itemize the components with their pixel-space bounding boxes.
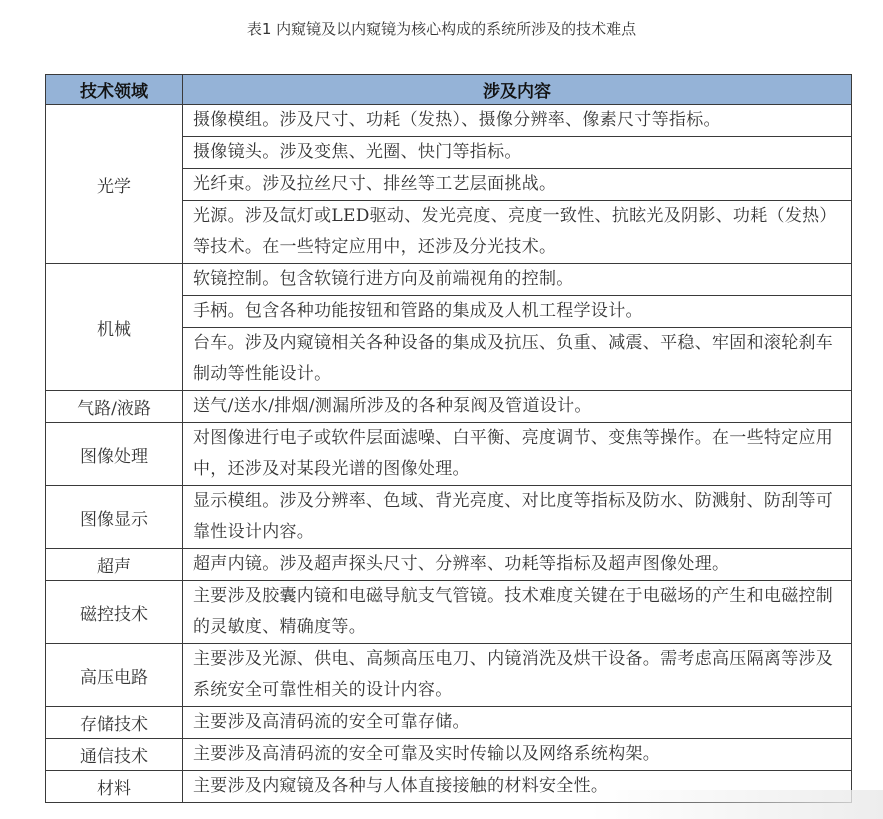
content-cell: 主要涉及高清码流的安全可靠存储。: [183, 707, 852, 739]
table-row: 光学 摄像模组。涉及尺寸、功耗（发热）、摄像分辨率、像素尺寸等指标。: [46, 105, 852, 137]
category-cell: 图像处理: [46, 423, 183, 486]
category-cell: 材料: [46, 771, 183, 803]
category-cell: 磁控技术: [46, 581, 183, 644]
content-cell: 台车。涉及内窥镜相关各种设备的集成及抗压、负重、减震、平稳、牢固和滚轮刹车制动等…: [183, 328, 852, 391]
content-cell: 光源。涉及氙灯或LED驱动、发光亮度、亮度一致性、抗眩光及阴影、功耗（发热）等技…: [183, 201, 852, 264]
category-cell: 机械: [46, 264, 183, 391]
category-cell: 高压电路: [46, 644, 183, 707]
table-row: 高压电路 主要涉及光源、供电、高频高压电刀、内镜消洗及烘干设备。需考虑高压隔离等…: [46, 644, 852, 707]
content-cell: 手柄。包含各种功能按钮和管路的集成及人机工程学设计。: [183, 296, 852, 328]
table-row: 图像显示 显示模组。涉及分辨率、色域、背光亮度、对比度等指标及防水、防溅射、防刮…: [46, 486, 852, 549]
category-cell: 气路/液路: [46, 391, 183, 423]
content-cell: 主要涉及光源、供电、高频高压电刀、内镜消洗及烘干设备。需考虑高压隔离等涉及系统安…: [183, 644, 852, 707]
header-row: 技术领域 涉及内容: [46, 75, 852, 105]
content-cell: 主要涉及高清码流的安全可靠及实时传输以及网络系统构架。: [183, 739, 852, 771]
watermark-overlay: [590, 790, 883, 819]
content-cell: 光纤束。涉及拉丝尺寸、排丝等工艺层面挑战。: [183, 169, 852, 201]
content-cell: 显示模组。涉及分辨率、色域、背光亮度、对比度等指标及防水、防溅射、防刮等可靠性设…: [183, 486, 852, 549]
content-cell: 送气/送水/排烟/测漏所涉及的各种泵阀及管道设计。: [183, 391, 852, 423]
table-row: 存储技术 主要涉及高清码流的安全可靠存储。: [46, 707, 852, 739]
table-row: 图像处理 对图像进行电子或软件层面滤噪、白平衡、亮度调节、变焦等操作。在一些特定…: [46, 423, 852, 486]
category-cell: 通信技术: [46, 739, 183, 771]
category-cell: 存储技术: [46, 707, 183, 739]
table-row: 气路/液路 送气/送水/排烟/测漏所涉及的各种泵阀及管道设计。: [46, 391, 852, 423]
table-row: 磁控技术 主要涉及胶囊内镜和电磁导航支气管镜。技术难度关键在于电磁场的产生和电磁…: [46, 581, 852, 644]
table-caption: 表1 内窥镜及以内窥镜为核心构成的系统所涉及的技术难点: [0, 18, 883, 39]
header-content: 涉及内容: [183, 75, 852, 105]
content-cell: 摄像镜头。涉及变焦、光圈、快门等指标。: [183, 137, 852, 169]
content-cell: 软镜控制。包含软镜行进方向及前端视角的控制。: [183, 264, 852, 296]
content-cell: 主要涉及胶囊内镜和电磁导航支气管镜。技术难度关键在于电磁场的产生和电磁控制的灵敏…: [183, 581, 852, 644]
table-row: 机械 软镜控制。包含软镜行进方向及前端视角的控制。: [46, 264, 852, 296]
content-cell: 对图像进行电子或软件层面滤噪、白平衡、亮度调节、变焦等操作。在一些特定应用中，还…: [183, 423, 852, 486]
content-cell: 超声内镜。涉及超声探头尺寸、分辨率、功耗等指标及超声图像处理。: [183, 549, 852, 581]
category-cell: 图像显示: [46, 486, 183, 549]
content-cell: 摄像模组。涉及尺寸、功耗（发热）、摄像分辨率、像素尺寸等指标。: [183, 105, 852, 137]
category-cell: 超声: [46, 549, 183, 581]
table-row: 通信技术 主要涉及高清码流的安全可靠及实时传输以及网络系统构架。: [46, 739, 852, 771]
table-row: 超声 超声内镜。涉及超声探头尺寸、分辨率、功耗等指标及超声图像处理。: [46, 549, 852, 581]
category-cell: 光学: [46, 105, 183, 264]
technical-difficulties-table: 技术领域 涉及内容 光学 摄像模组。涉及尺寸、功耗（发热）、摄像分辨率、像素尺寸…: [45, 74, 852, 803]
header-tech-field: 技术领域: [46, 75, 183, 105]
